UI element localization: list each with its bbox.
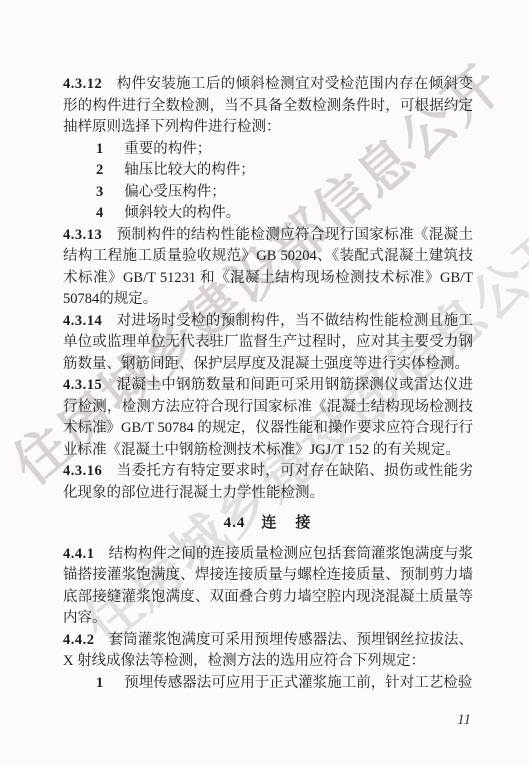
page-number: 11 — [457, 712, 471, 729]
clause-text: 预制构件的结构性能检测应符合现行国家标准《混凝土结构工程施工质量验收规范》GB … — [63, 227, 473, 308]
clause-text: 混凝土中钢筋数量和间距可采用钢筋探测仪或雷达仪进行检测，检测方法应符合现行国家标… — [63, 377, 473, 458]
clause-4-3-14: 4.3.14对进场时受检的预制构件，当不做结构性能检测且施工单位或监理单位无代表… — [63, 311, 473, 376]
list-item-text: 预埋传感器法可应用于正式灌浆施工前，针对工艺检验 — [124, 675, 472, 691]
list-item-text: 偏心受压构件； — [124, 184, 226, 200]
clause-text: 构件安装施工后的倾斜检测宜对受检范围内存在倾斜变形的构件进行全数检测，当不具备全… — [63, 76, 473, 135]
clause-4-3-12: 4.3.12构件安装施工后的倾斜检测宜对受检范围内存在倾斜变形的构件进行全数检测… — [63, 74, 473, 139]
list-item-text: 倾斜较大的构件。 — [124, 205, 240, 221]
clause-text: 当委托方有特定要求时，可对存在缺陷、损伤或性能劣化现象的部位进行混凝土力学性能检… — [63, 463, 473, 501]
clause-number: 4.3.13 — [63, 227, 102, 243]
clause-number: 4.3.15 — [63, 377, 102, 393]
section-heading-4-4: 4.4连 接 — [63, 513, 473, 535]
clause-number: 4.4.1 — [63, 546, 95, 562]
list-item: 4倾斜较大的构件。 — [63, 203, 473, 225]
clause-text: 结构构件之间的连接质量检测应包括套筒灌浆饱满度与浆锚搭接灌浆饱满度、焊接连接质量… — [63, 546, 473, 627]
list-item-text: 轴压比较大的构件； — [124, 162, 255, 178]
list-item: 2轴压比较大的构件； — [63, 160, 473, 182]
clause-4-4-1: 4.4.1结构构件之间的连接质量检测应包括套筒灌浆饱满度与浆锚搭接灌浆饱满度、焊… — [63, 544, 473, 630]
clause-4-3-16: 4.3.16当委托方有特定要求时，可对存在缺陷、损伤或性能劣化现象的部位进行混凝… — [63, 461, 473, 504]
list-item-number: 1 — [96, 141, 103, 157]
list-item: 1预埋传感器法可应用于正式灌浆施工前，针对工艺检验 — [63, 673, 473, 695]
clause-number: 4.3.12 — [63, 76, 102, 92]
clause-4-3-15: 4.3.15混凝土中钢筋数量和间距可采用钢筋探测仪或雷达仪进行检测，检测方法应符… — [63, 375, 473, 461]
list-item-text: 重要的构件； — [124, 141, 211, 157]
section-title: 连 接 — [261, 515, 312, 531]
list-item-number: 3 — [96, 184, 103, 200]
clause-text: 套筒灌浆饱满度可采用预埋传感器法、预埋钢丝拉拔法、X 射线成像法等检测，检测方法… — [63, 632, 473, 670]
page-body: 4.3.12构件安装施工后的倾斜检测宜对受检范围内存在倾斜变形的构件进行全数检测… — [63, 74, 473, 694]
clause-4-4-2: 4.4.2套筒灌浆饱满度可采用预埋传感器法、预埋钢丝拉拔法、X 射线成像法等检测… — [63, 630, 473, 673]
clause-text: 对进场时受检的预制构件，当不做结构性能检测且施工单位或监理单位无代表驻厂监督生产… — [63, 313, 473, 372]
list-item: 1重要的构件； — [63, 139, 473, 161]
document-page: 住房城乡建设部信息公开 住房城乡建设部信息公开 4.3.12构件安装施工后的倾斜… — [0, 0, 529, 766]
list-item-number: 1 — [96, 675, 103, 691]
clause-4-3-13: 4.3.13预制构件的结构性能检测应符合现行国家标准《混凝土结构工程施工质量验收… — [63, 225, 473, 311]
list-item-number: 4 — [96, 205, 103, 221]
list-item-number: 2 — [96, 162, 103, 178]
clause-number: 4.3.14 — [63, 313, 102, 329]
clause-number: 4.3.16 — [63, 463, 102, 479]
section-number: 4.4 — [224, 515, 246, 531]
list-item: 3偏心受压构件； — [63, 182, 473, 204]
clause-number: 4.4.2 — [63, 632, 95, 648]
